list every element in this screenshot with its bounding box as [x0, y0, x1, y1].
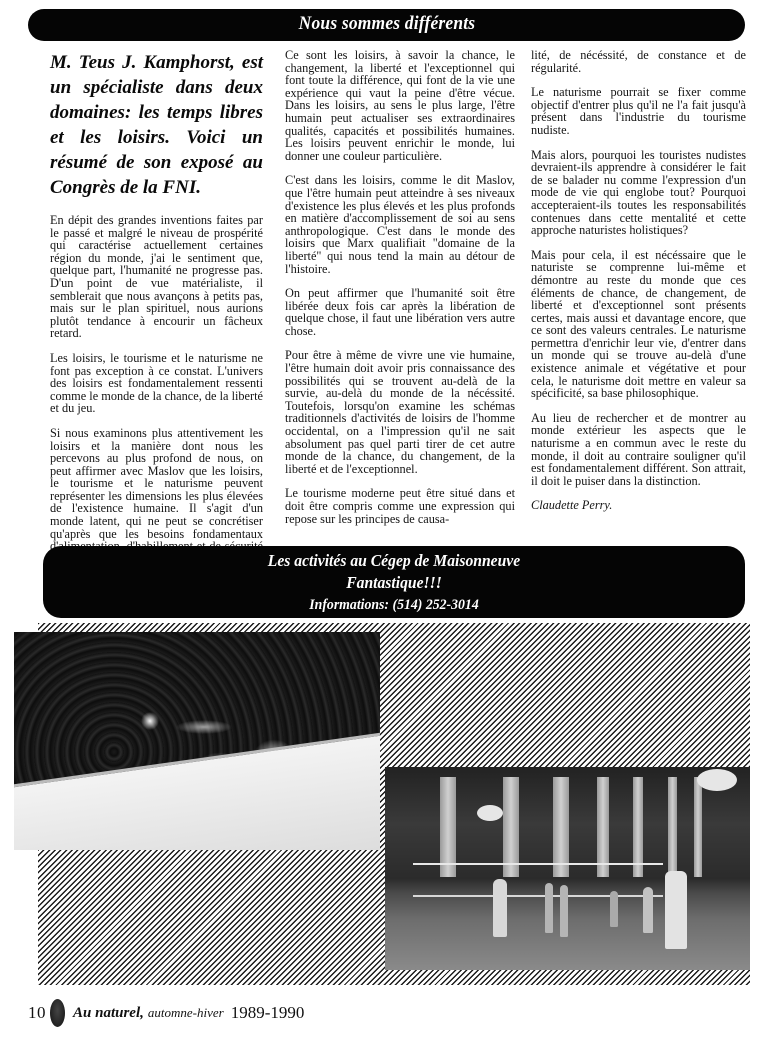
section-title-banner: Nous sommes différents — [28, 9, 745, 41]
article-paragraph: Les loisirs, le tourisme et le naturisme… — [50, 352, 263, 415]
player — [493, 879, 507, 937]
issue-season: automne-hiver — [148, 1005, 224, 1021]
player — [665, 871, 687, 949]
gym-pillar — [633, 777, 643, 877]
player — [610, 891, 618, 927]
article-lede: M. Teus J. Kamphorst, est un spécialiste… — [50, 50, 263, 200]
gym-pillar — [668, 777, 677, 877]
article-column-1: M. Teus J. Kamphorst, est un spécialiste… — [50, 50, 263, 577]
player — [643, 887, 653, 933]
player — [560, 885, 568, 937]
article-paragraph: Mais alors, pourquoi les touristes nudis… — [531, 149, 746, 237]
pool-edge — [14, 729, 380, 850]
article-paragraph: Pour être à même de vivre une vie humain… — [285, 349, 515, 475]
gym-pillar — [553, 777, 569, 877]
player — [545, 883, 553, 933]
article-paragraph: Le tourisme moderne peut être situé dans… — [285, 487, 515, 525]
article-paragraph: C'est dans les loisirs, comme le dit Mas… — [285, 174, 515, 275]
article-column-2: Ce sont les loisirs, à savoir la chance,… — [285, 49, 515, 537]
magazine-name: Au naturel, — [73, 1005, 144, 1022]
article-column-3: lité, de nécéssité, de constance et de r… — [531, 49, 746, 524]
article-paragraph: Le naturisme pourrait se fixer comme obj… — [531, 86, 746, 136]
article-paragraph: Si nous examinons plus attentivement les… — [50, 427, 263, 566]
page-number: 10 — [28, 1003, 46, 1023]
basketball-backboard — [697, 769, 737, 791]
article-paragraph: Ce sont les loisirs, à savoir la chance,… — [285, 49, 515, 162]
pool-photo — [14, 632, 380, 850]
article-paragraph: Au lieu de rechercher et de montrer au m… — [531, 412, 746, 488]
page-footer: 10 Au naturel, automne-hiver 1989-1990 — [28, 1000, 304, 1026]
gym-pillar — [440, 777, 456, 877]
announcement-phone: Informations: (514) 252-3014 — [71, 594, 717, 616]
section-title: Nous sommes différents — [298, 9, 475, 39]
article-signature: Claudette Perry. — [531, 499, 746, 512]
gym-pillar — [503, 777, 519, 877]
gym-volleyball-photo — [385, 767, 750, 970]
gym-pillar — [694, 777, 702, 877]
article-paragraph: En dépit des grandes inventions faites p… — [50, 214, 263, 340]
announcement-title: Les activités au Cégep de Maisonneuve — [71, 550, 717, 572]
article-paragraph: On peut affirmer que l'humanité soit êtr… — [285, 287, 515, 337]
article-paragraph: lité, de nécéssité, de constance et de r… — [531, 49, 746, 74]
article-paragraph: Mais pour cela, il est nécéssaire que le… — [531, 249, 746, 400]
basketball-backboard — [477, 805, 503, 821]
announcement-subtitle: Fantastique!!! — [71, 572, 717, 594]
oval-ornament-icon — [50, 999, 65, 1027]
gym-pillar — [597, 777, 609, 877]
announcement-banner: Les activités au Cégep de Maisonneuve Fa… — [43, 546, 745, 618]
volleyball-net — [413, 863, 663, 897]
issue-years: 1989-1990 — [231, 1003, 305, 1023]
